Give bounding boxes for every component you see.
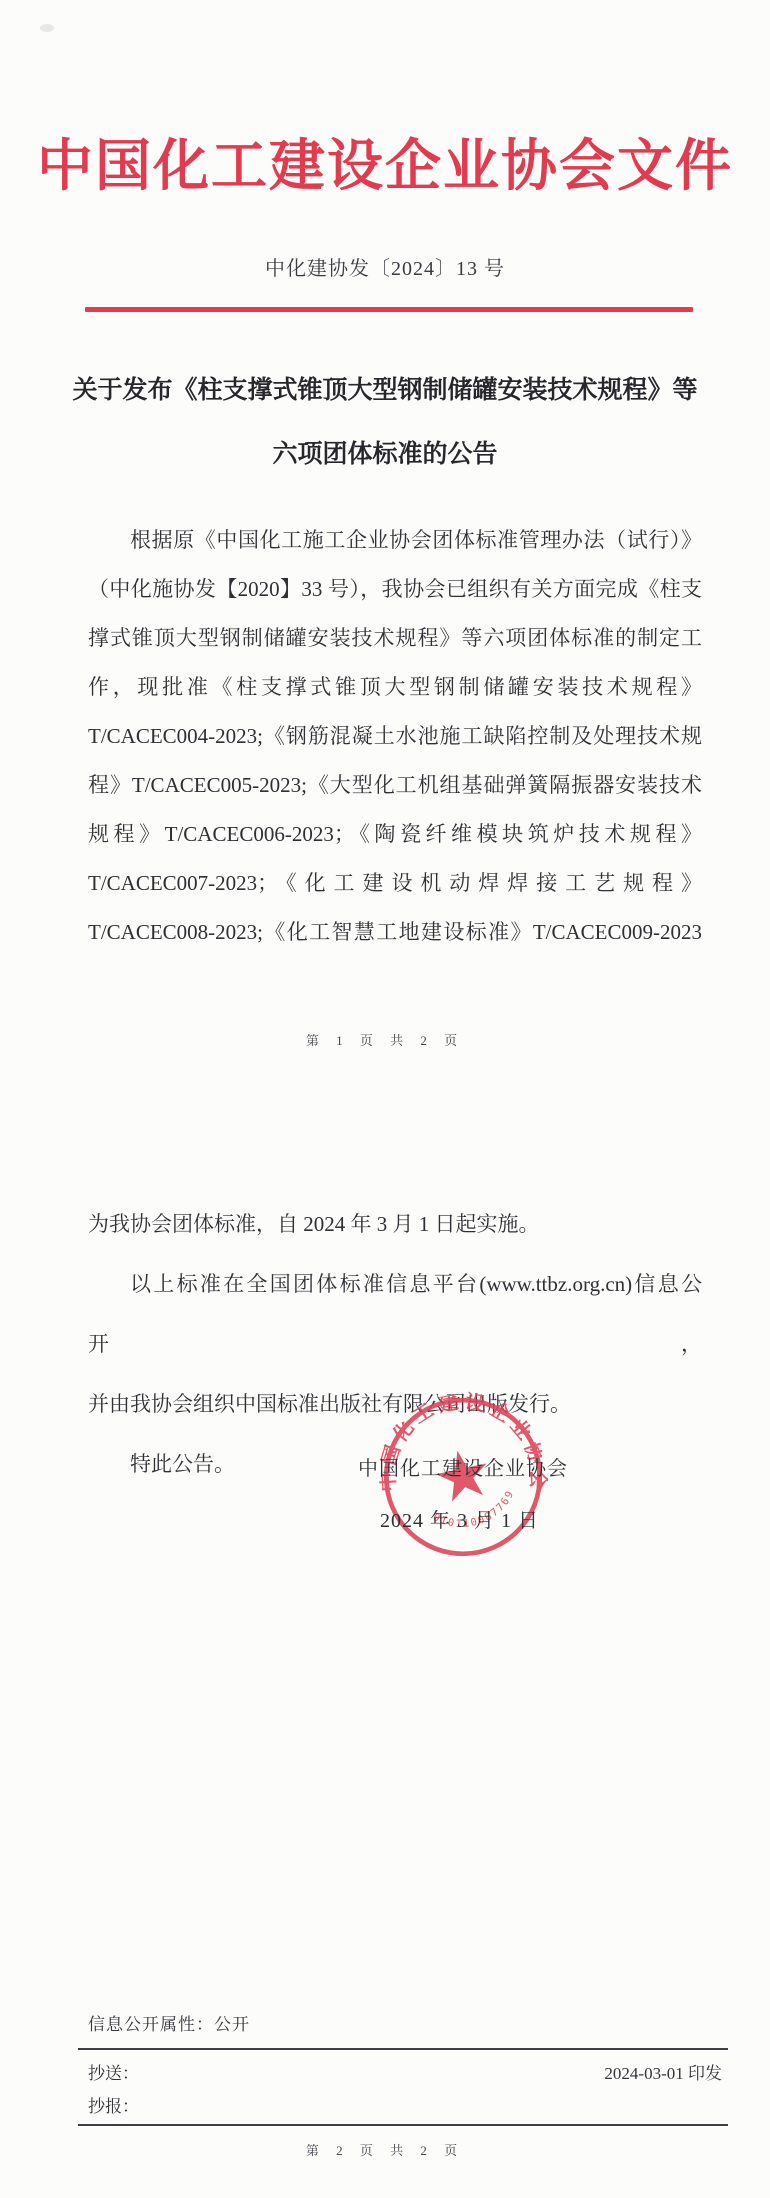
copy-to-label: 抄送： bbox=[88, 2059, 139, 2084]
body-line: T/CACEC008-2023;《化工智慧工地建设标准》T/CACEC009-2… bbox=[88, 908, 702, 957]
body-line: 规程》T/CACEC006-2023；《陶瓷纤维模块筑炉技术规程》 bbox=[88, 810, 702, 859]
page2-footer: 第 2 页 共 2 页 bbox=[0, 2140, 770, 2159]
announcement-title: 关于发布《柱支撑式锥顶大型钢制储罐安装技术规程》等 六项团体标准的公告 bbox=[40, 358, 730, 486]
masthead-title: 中国化工建设企业协会文件 bbox=[0, 122, 770, 202]
signature-date: 2024 年 3 月 1 日 bbox=[380, 1504, 539, 1533]
disclosure-attribute: 信息公开属性：公开 bbox=[88, 2010, 250, 2035]
scan-smudge bbox=[40, 24, 54, 32]
body-line: 撑式锥顶大型钢制储罐安装技术规程》等六项团体标准的制定工 bbox=[88, 614, 702, 663]
scanned-official-document: 中国化工建设企业协会文件 中化建协发〔2024〕13 号 关于发布《柱支撑式锥顶… bbox=[0, 0, 770, 2198]
body-paragraph-page1: 根据原《中国化工施工企业协会团体标准管理办法（试行）》 （中化施协发【2020】… bbox=[88, 516, 702, 957]
page1-footer: 第 1 页 共 2 页 bbox=[0, 1030, 770, 1049]
body-line: 作，现批准《柱支撑式锥顶大型钢制储罐安装技术规程》 bbox=[88, 663, 702, 712]
body-line: 为我协会团体标准，自 2024 年 3 月 1 日起实施。 bbox=[88, 1194, 702, 1254]
announcement-title-line1: 关于发布《柱支撑式锥顶大型钢制储罐安装技术规程》等 bbox=[40, 358, 730, 422]
copy-report-label: 抄报： bbox=[88, 2092, 139, 2117]
body-line: 程》T/CACEC005-2023;《大型化工机组基础弹簧隔振器安装技术 bbox=[88, 761, 702, 810]
footer-divider-top bbox=[78, 2048, 728, 2050]
footer-divider-bottom bbox=[78, 2124, 728, 2126]
print-date: 2024-03-01 印发 bbox=[604, 2059, 722, 2084]
body-line: 以上标准在全国团体标准信息平台(www.ttbz.org.cn)信息公开， bbox=[88, 1254, 702, 1374]
body-line: T/CACEC004-2023;《钢筋混凝土水池施工缺陷控制及处理技术规 bbox=[88, 712, 702, 761]
announcement-title-line2: 六项团体标准的公告 bbox=[40, 422, 730, 486]
red-separator-line bbox=[85, 307, 693, 312]
document-number: 中化建协发〔2024〕13 号 bbox=[0, 252, 770, 281]
body-line: T/CACEC007-2023；《化工建设机动焊焊接工艺规程》 bbox=[88, 859, 702, 908]
body-line: （中化施协发【2020】33 号），我协会已组织有关方面完成《柱支 bbox=[88, 565, 702, 614]
signature-organization: 中国化工建设企业协会 bbox=[358, 1452, 568, 1481]
body-line: 根据原《中国化工施工企业协会团体标准管理办法（试行）》 bbox=[88, 516, 702, 565]
